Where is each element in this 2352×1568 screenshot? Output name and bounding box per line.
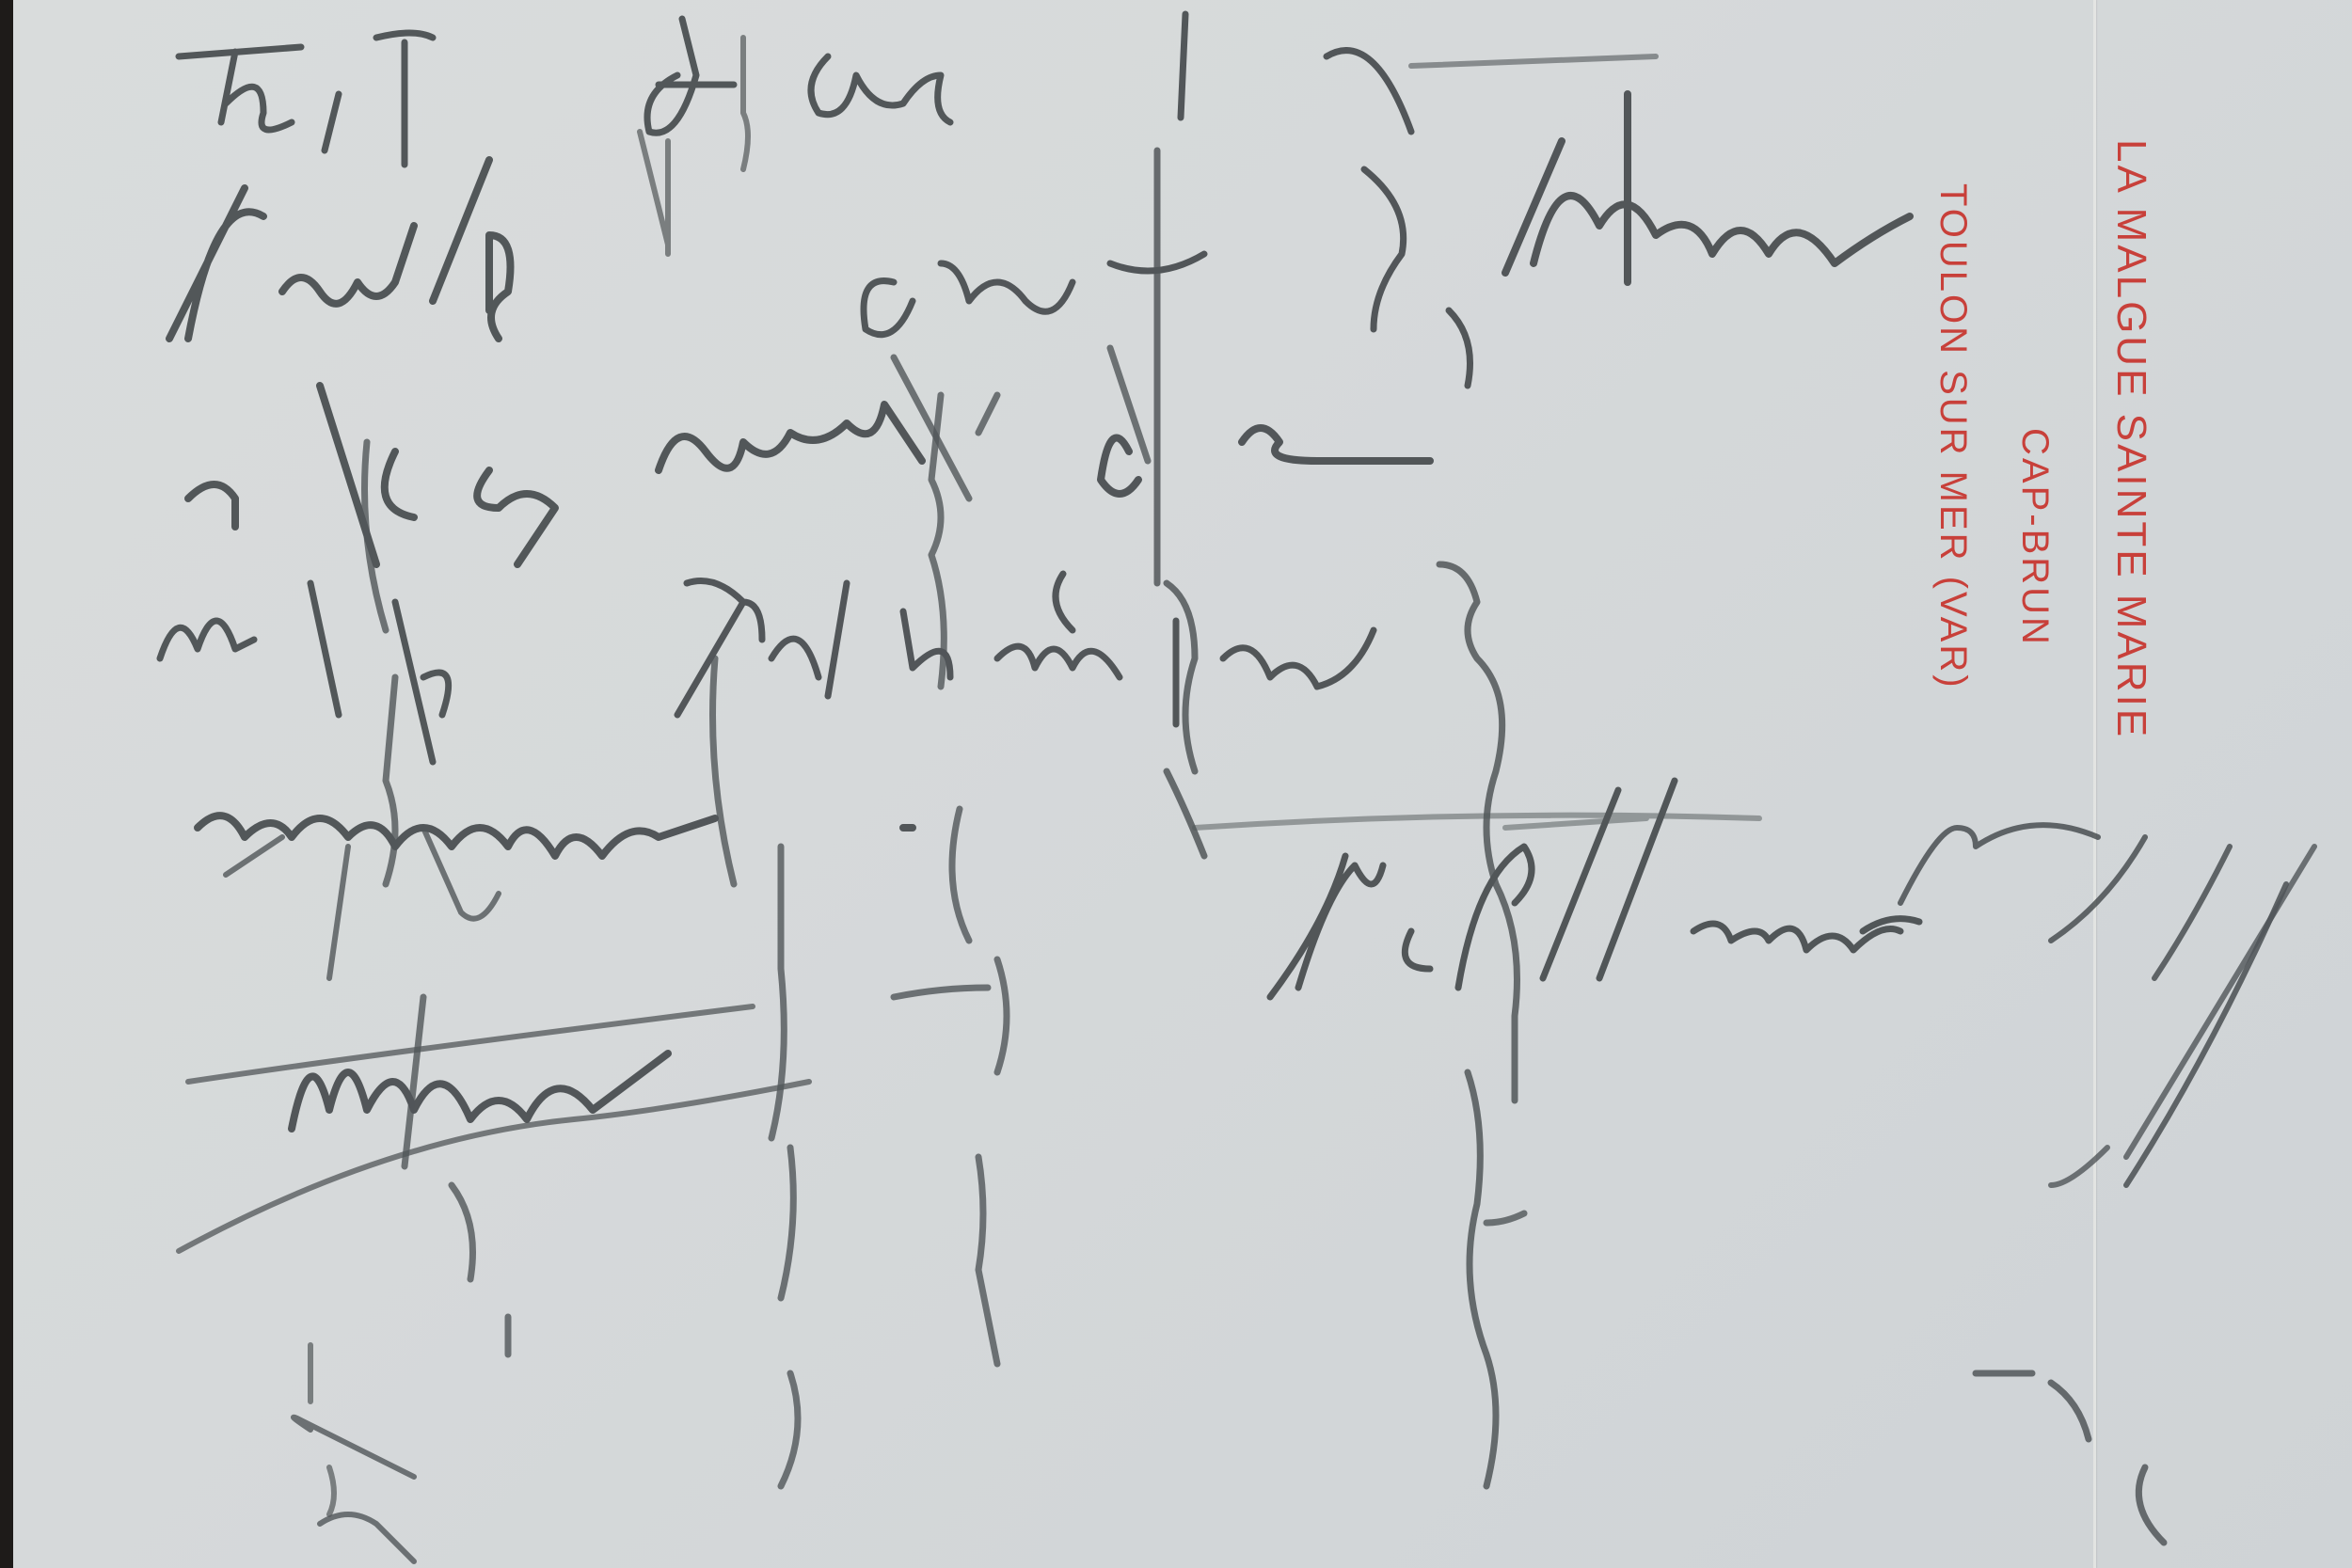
letterhead-city: TOULON SUR MER (VAR) — [1931, 183, 1974, 690]
handwritten-line-4: mes très distingués — [160, 555, 1091, 665]
handwritten-signature: M. de Villière-M — [1251, 865, 2102, 986]
handwritten-line-3: à l'expression de — [179, 395, 980, 505]
letterhead-locality: CAP-BRUN — [2013, 428, 2056, 647]
handwritten-line-5: sentiments. — [198, 743, 752, 853]
letterhead-estate-name: LA MALGUE SAINTE MARIE — [2107, 139, 2154, 739]
handwritten-line-1: tant de coeur — [202, 38, 841, 148]
paper-fold-crease — [2093, 0, 2096, 1568]
handwritten-salutation: Monsieur — [1505, 122, 2004, 243]
handwritten-line-2: Veuillez croire — [160, 207, 914, 327]
scan-left-border — [0, 0, 13, 1568]
